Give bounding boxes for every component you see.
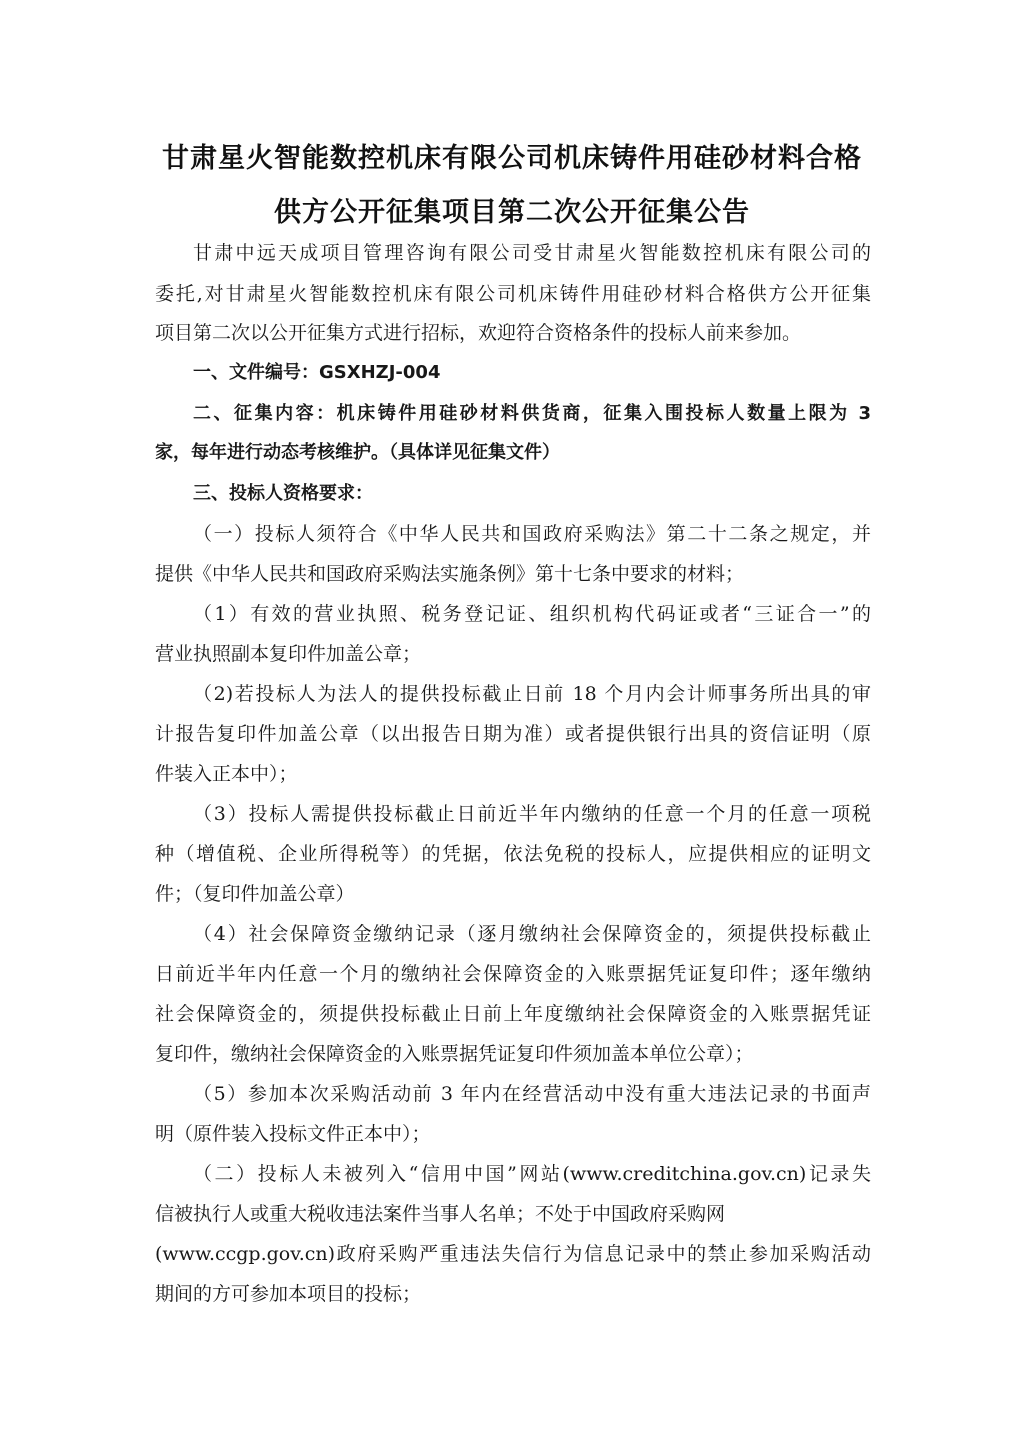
item-2-line-3: 件装入正本中）； (155, 762, 871, 786)
intro-line-2: 委托,对甘肃星火智能数控机床有限公司机床铸件用硅砂材料合格供方公开征集 (155, 282, 871, 306)
requirement-b-line-2: 信被执行人或重大税收违法案件当事人名单；不处于中国政府采购网 (155, 1202, 871, 1226)
requirement-a-line-2: 提供《中华人民共和国政府采购法实施条例》第十七条中要求的材料； (155, 562, 871, 586)
item-4-line-1: （4）社会保障资金缴纳记录（逐月缴纳社会保障资金的，须提供投标截止 (193, 922, 871, 946)
item-3-line-1: （3）投标人需提供投标截止日前近半年内缴纳的任意一个月的任意一项税 (193, 802, 871, 826)
document-page: 甘肃星火智能数控机床有限公司机床铸件用硅砂材料合格 供方公开征集项目第二次公开征… (0, 0, 1024, 1448)
item-5-line-2: 明（原件装入投标文件正本中）； (155, 1122, 871, 1146)
document-title-line-2: 供方公开征集项目第二次公开征集公告 (0, 190, 1024, 229)
section-qualification-heading: 三、投标人资格要求： (193, 482, 871, 506)
section-content-line-1: 二、征集内容：机床铸件用硅砂材料供货商，征集入围投标人数量上限为 3 (193, 402, 871, 426)
item-1-line-1: （1）有效的营业执照、税务登记证、组织机构代码证或者“三证合一”的 (193, 602, 871, 626)
section-file-number: 一、文件编号：GSXHZJ-004 (193, 361, 871, 385)
intro-line-1: 甘肃中远天成项目管理咨询有限公司受甘肃星火智能数控机床有限公司的 (193, 241, 871, 265)
item-4-line-2: 日前近半年内任意一个月的缴纳社会保障资金的入账票据凭证复印件；逐年缴纳 (155, 962, 871, 986)
requirement-b-line-1: （二）投标人未被列入“信用中国”网站(www.creditchina.gov.c… (193, 1162, 871, 1186)
item-3-line-3: 件；（复印件加盖公章） (155, 882, 871, 906)
section-content-line-2: 家，每年进行动态考核维护。（具体详见征集文件） (155, 441, 871, 465)
item-4-line-4: 复印件，缴纳社会保障资金的入账票据凭证复印件须加盖本单位公章）； (155, 1042, 871, 1066)
requirement-b-line-4: 期间的方可参加本项目的投标； (155, 1282, 871, 1306)
item-1-line-2: 营业执照副本复印件加盖公章； (155, 642, 871, 666)
document-title-line-1: 甘肃星火智能数控机床有限公司机床铸件用硅砂材料合格 (0, 136, 1024, 175)
item-4-line-3: 社会保障资金的，须提供投标截止日前上年度缴纳社会保障资金的入账票据凭证 (155, 1002, 871, 1026)
requirement-b-line-3: (www.ccgp.gov.cn)政府采购严重违法失信行为信息记录中的禁止参加采… (155, 1242, 871, 1266)
item-2-line-1: （2)若投标人为法人的提供投标截止日前 18 个月内会计师事务所出具的审 (193, 682, 871, 706)
intro-line-3: 项目第二次以公开征集方式进行招标，欢迎符合资格条件的投标人前来参加。 (155, 321, 871, 345)
item-3-line-2: 种（增值税、企业所得税等）的凭据，依法免税的投标人，应提供相应的证明文 (155, 842, 871, 866)
requirement-a-line-1: （一）投标人须符合《中华人民共和国政府采购法》第二十二条之规定，并 (193, 522, 871, 546)
item-2-line-2: 计报告复印件加盖公章（以出报告日期为准）或者提供银行出具的资信证明（原 (155, 722, 871, 746)
item-5-line-1: （5）参加本次采购活动前 3 年内在经营活动中没有重大违法记录的书面声 (193, 1082, 871, 1106)
